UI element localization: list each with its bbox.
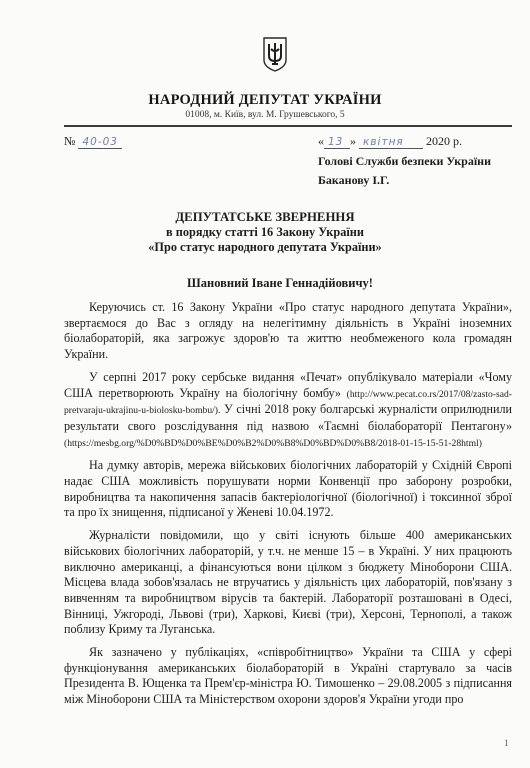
salutation: Шановний Іване Геннадійовичу! (0, 276, 530, 291)
header-divider (64, 125, 512, 127)
number-prefix: № (64, 134, 75, 148)
date-year: 2020 р. (426, 134, 462, 148)
addressee-position: Голові Служби безпеки України (318, 152, 491, 171)
paragraph: Керуючись ст. 16 Закону України «Про ста… (64, 300, 512, 363)
handwritten-number: 40-03 (78, 136, 122, 149)
paragraph: Журналісти повідомили, що у світі існуют… (64, 528, 512, 638)
handwritten-month: квітня (359, 136, 423, 149)
letter-date: «13» квітня 2020 р. (318, 134, 462, 149)
heading-law-name: «Про статус народного депутата України» (0, 240, 530, 255)
letter-body: Керуючись ст. 16 Закону України «Про ста… (64, 300, 512, 715)
letter-page: НАРОДНИЙ ДЕПУТАТ УКРАЇНИ 01008, м. Київ,… (0, 0, 530, 768)
addressee-name: Баканову І.Г. (318, 171, 491, 190)
document-heading: ДЕПУТАТСЬКЕ ЗВЕРНЕННЯ в порядку статті 1… (0, 210, 530, 255)
date-close-quote: » (350, 134, 356, 148)
ukraine-trident-icon (262, 36, 288, 72)
heading-subtitle: в порядку статті 16 Закону України (0, 225, 530, 240)
letterhead-title: НАРОДНИЙ ДЕПУТАТ УКРАЇНИ (0, 92, 530, 109)
outgoing-number: № 40-03 (64, 134, 122, 149)
letterhead-address: 01008, м. Київ, вул. М. Грушевського, 5 (0, 110, 530, 120)
page-number: 1 (504, 738, 509, 748)
handwritten-day: 13 (324, 136, 350, 149)
heading-title: ДЕПУТАТСЬКЕ ЗВЕРНЕННЯ (0, 210, 530, 225)
paragraph: У серпні 2017 року сербське видання «Печ… (64, 370, 512, 452)
paragraph: На думку авторів, мережа військових біол… (64, 458, 512, 521)
paragraph: Як зазначено у публікаціях, «співробітни… (64, 645, 512, 708)
source-link: (https://mesbg.org/%D0%BD%D0%BE%D0%B2%D0… (64, 438, 482, 449)
addressee-block: Голові Служби безпеки України Баканову І… (318, 152, 491, 190)
